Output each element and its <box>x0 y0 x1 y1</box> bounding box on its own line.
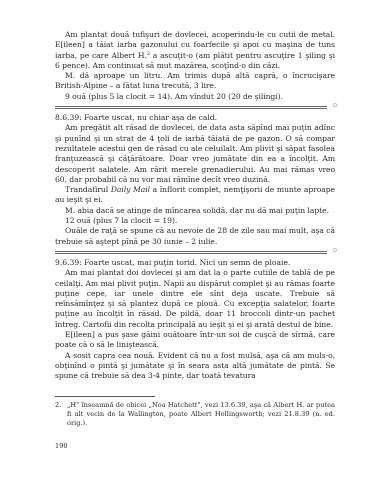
paragraph: 12 ouă (plus 7 la clocit = 19). <box>55 216 335 226</box>
entry-heading: 9.6.39: Foarte uscat, mai puţin torid. N… <box>55 258 335 268</box>
divider-mark: D <box>333 103 337 109</box>
paragraph: Am plantat două tufişuri de dovlecei, ac… <box>55 30 335 71</box>
page-number: 190 <box>55 442 335 450</box>
footnote: 2. „H" înseamnă de obicei „Noa Hatchett"… <box>55 401 335 428</box>
entry-heading: 8.6.39: Foarte uscat, nu chiar aşa de ca… <box>55 113 335 123</box>
divider-mark: D <box>333 248 337 254</box>
entry-continuation: Am plantat două tufişuri de dovlecei, ac… <box>55 30 335 102</box>
paragraph-text: Trandafirul <box>65 185 111 194</box>
paragraph: Am pregătit alt răsad de dovlecei, de da… <box>55 123 335 185</box>
footnote-text: „H" înseamnă de obicei „Noa Hatchett", v… <box>67 401 335 428</box>
paragraph: M. dă aproape un litru. Am trimis după a… <box>55 71 335 92</box>
newspaper-title: Daily Mail <box>111 185 150 194</box>
divider-line <box>55 108 327 109</box>
divider-line <box>55 253 327 254</box>
diary-entry-8-6-39: 8.6.39: Foarte uscat, nu chiar aşa de ca… <box>55 113 335 247</box>
divider-line <box>55 106 327 107</box>
paragraph: A sosit capra cea nouă. Evident că nu a … <box>55 351 335 382</box>
footnote-number: 2. <box>55 401 67 428</box>
paragraph: M. abia dacă se atinge de mîncarea solid… <box>55 206 335 216</box>
diary-entry-9-6-39: 9.6.39: Foarte uscat, mai puţin torid. N… <box>55 258 335 382</box>
paragraph: 9 ouă (plus 5 la clocit = 14). Am vîndut… <box>55 92 335 102</box>
paragraph: Am mai plantat doi dovlecei şi am dat la… <box>55 268 335 330</box>
paragraph: Trandafirul Daily Mail a înflorit comple… <box>55 185 335 206</box>
divider-line <box>55 251 327 252</box>
footnote-separator <box>55 396 155 397</box>
paragraph: Ouăle de raţă se spune că au nevoie de 2… <box>55 226 335 247</box>
entry-divider: D <box>55 249 335 257</box>
entry-divider: D <box>55 104 335 112</box>
book-page: Am plantat două tufişuri de dovlecei, ac… <box>55 30 335 450</box>
paragraph: E[ileen] a pus şase găini ouătoare într-… <box>55 330 335 351</box>
